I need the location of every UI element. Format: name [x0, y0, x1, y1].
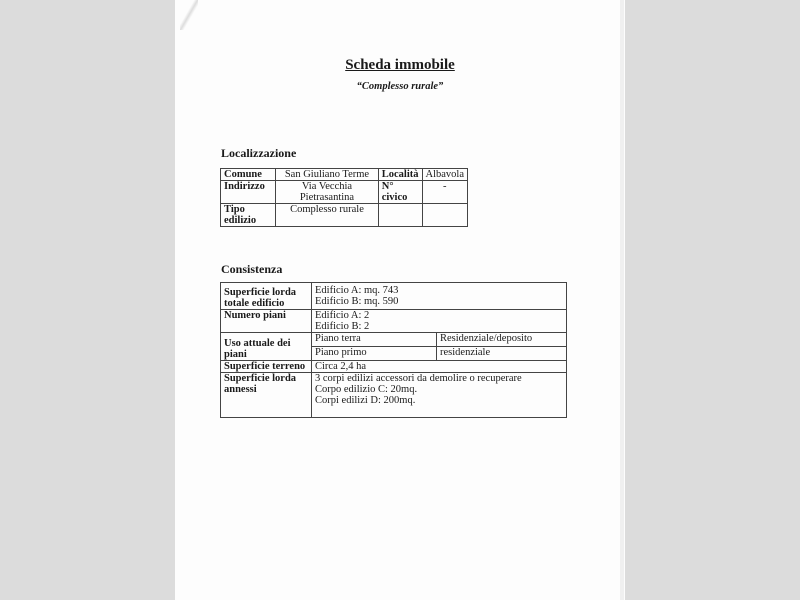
value-superficie-lorda: Edificio A: mq. 743 Edificio B: mq. 590	[312, 283, 567, 310]
table-row: Superficie terreno Circa 2,4 ha	[221, 361, 567, 373]
section-heading-consistenza: Consistenza	[221, 262, 282, 277]
table-row: Tipo edilizio Complesso rurale	[221, 204, 468, 227]
line: Edificio A: mq. 743	[315, 285, 563, 296]
value-numero-piani: Edificio A: 2 Edificio B: 2	[312, 310, 567, 333]
value-superficie-terreno: Circa 2,4 ha	[312, 361, 567, 373]
line: Edificio A: 2	[315, 310, 563, 321]
label-civico: N° civico	[378, 181, 422, 204]
value-piano-terra: Piano terra	[312, 333, 437, 347]
value-tipo-edilizio: Complesso rurale	[276, 204, 379, 227]
document-subtitle: “Complesso rurale”	[175, 81, 625, 92]
line: Corpi edilizi D: 200mq.	[315, 395, 563, 406]
section-heading-localizzazione: Localizzazione	[221, 146, 296, 161]
line: Edificio B: mq. 590	[315, 296, 563, 307]
value-piano-primo: Piano primo	[312, 347, 437, 361]
table-row: Superficie lorda totale edificio Edifici…	[221, 283, 567, 310]
value-indirizzo: Via Vecchia Pietrasantina	[276, 181, 379, 204]
value-superficie-annessi: 3 corpi edilizi accessori da demolire o …	[312, 373, 567, 418]
line: Edificio B: 2	[315, 321, 563, 332]
value-civico: -	[422, 181, 468, 204]
scan-crease	[180, 0, 198, 30]
label-superficie-terreno: Superficie terreno	[221, 361, 312, 373]
label-superficie-annessi: Superficie lorda annessi	[221, 373, 312, 418]
value-comune: San Giuliano Terme	[276, 169, 379, 181]
table-row: Superficie lorda annessi 3 corpi edilizi…	[221, 373, 567, 418]
label-comune: Comune	[221, 169, 276, 181]
label-tipo-edilizio: Tipo edilizio	[221, 204, 276, 227]
table-row: Uso attuale dei piani Piano terra Reside…	[221, 333, 567, 347]
localizzazione-table: Comune San Giuliano Terme Località Albav…	[220, 168, 468, 227]
empty-cell	[378, 204, 422, 227]
table-row: Comune San Giuliano Terme Località Albav…	[221, 169, 468, 181]
value-localita: Albavola	[422, 169, 468, 181]
label-localita: Località	[378, 169, 422, 181]
document-title: Scheda immobile	[175, 57, 625, 74]
value-uso-piano-primo: residenziale	[437, 347, 567, 361]
table-row: Numero piani Edificio A: 2 Edificio B: 2	[221, 310, 567, 333]
line: 3 corpi edilizi accessori da demolire o …	[315, 373, 563, 384]
consistenza-table: Superficie lorda totale edificio Edifici…	[220, 282, 567, 418]
value-uso-piano-terra: Residenziale/deposito	[437, 333, 567, 347]
line: Corpo edilizio C: 20mq.	[315, 384, 563, 395]
label-numero-piani: Numero piani	[221, 310, 312, 333]
table-row: Indirizzo Via Vecchia Pietrasantina N° c…	[221, 181, 468, 204]
empty-cell	[422, 204, 468, 227]
label-uso-attuale: Uso attuale dei piani	[221, 333, 312, 361]
label-superficie-lorda: Superficie lorda totale edificio	[221, 283, 312, 310]
label-indirizzo: Indirizzo	[221, 181, 276, 204]
